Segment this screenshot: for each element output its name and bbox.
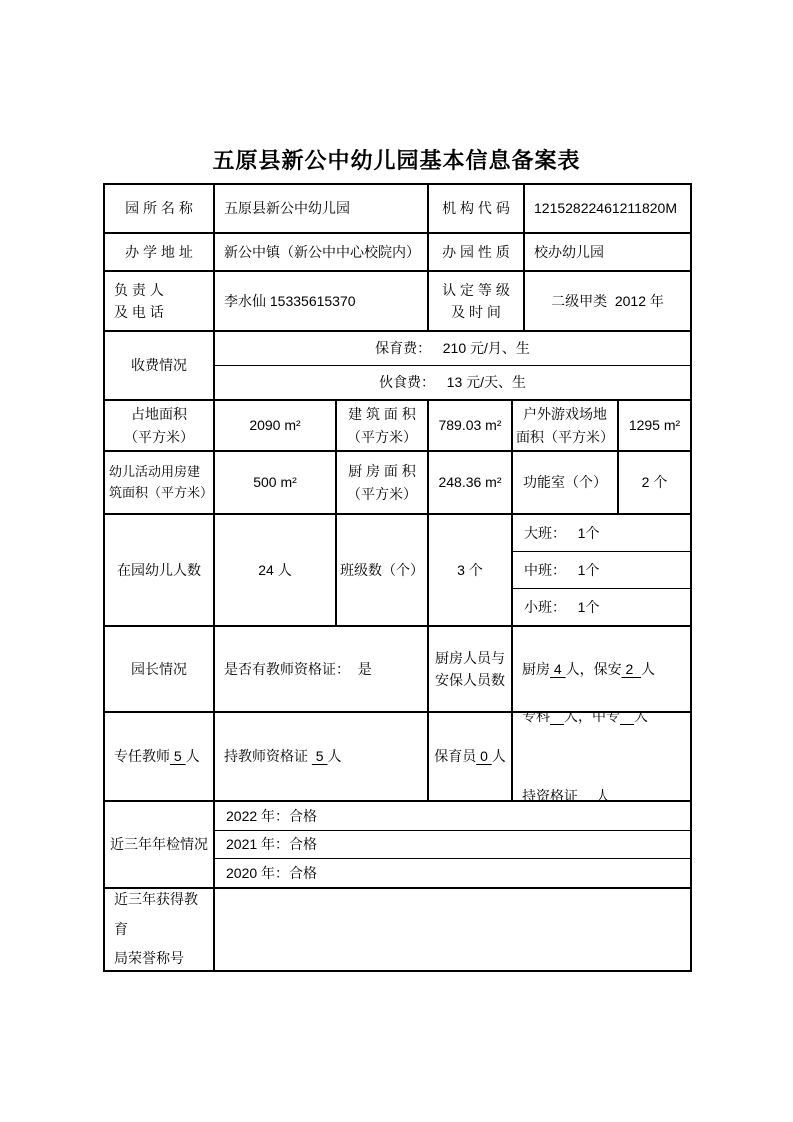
fees-values: 保育费： 210 元/月、生 伙食费： 13 元/天、生 [215, 332, 690, 399]
kitchen-area-label: 厨 房 面 积 （平方米） [337, 452, 429, 513]
org-code-label: 机 构 代 码 [429, 185, 525, 232]
inspection-item-2022: 2022 年：合格 [215, 802, 690, 831]
activity-area-value: 500 m² [215, 452, 337, 513]
nature-value: 校办幼儿园 [525, 234, 690, 270]
nursery-label: 保育员 0 人 [429, 713, 513, 800]
class-breakdown: 大班： 1个 中班： 1个 小班： 1个 [513, 515, 690, 625]
nursery-detail-certified: 持资格证 人 [522, 783, 648, 800]
inspection-item-2020: 2020 年：合格 [215, 859, 690, 887]
class-item-junior: 小班： 1个 [513, 589, 690, 625]
info-table: 园 所 名 称 五原县新公中幼儿园 机 构 代 码 12152822461211… [103, 183, 692, 972]
building-area-value: 789.03 m² [429, 401, 513, 450]
inspection-item-2021: 2021 年：合格 [215, 831, 690, 860]
row-teachers: 专任教师 5 人 本科 5 人，专科 0 人，中专 人 持教师资格证 5 人 学… [105, 713, 690, 802]
enrollment-label: 在园幼儿人数 [105, 515, 215, 625]
teachers-details: 本科 5 人，专科 0 人，中专 人 持教师资格证 5 人 学前专业毕业 0 人 [215, 713, 429, 800]
function-rooms-label: 功能室（个） [513, 452, 619, 513]
row-principal: 园长情况 学历： 本科 是否有教师资格证： 是 是否有园长任职资格培训证：是 厨… [105, 627, 690, 713]
inspection-label: 近三年年检情况 [105, 802, 215, 887]
row-fees: 收费情况 保育费： 210 元/月、生 伙食费： 13 元/天、生 [105, 332, 690, 401]
activity-area-label: 幼儿活动用房建 筑面积（平方米） [105, 452, 215, 513]
building-area-label: 建 筑 面 积 （平方米） [337, 401, 429, 450]
page-title: 五原县新公中幼儿园基本信息备案表 [0, 144, 793, 175]
contact-label: 负 责 人 及 电 话 [105, 272, 215, 330]
row-honors: 近三年获得教育 局荣誉称号 [105, 889, 690, 970]
class-item-senior: 大班： 1个 [513, 515, 690, 552]
kitchen-area-value: 248.36 m² [429, 452, 513, 513]
address-label: 办 学 地 址 [105, 234, 215, 270]
fee-item-care: 保育费： 210 元/月、生 [215, 332, 690, 366]
teachers-label: 专任教师 5 人 [105, 713, 215, 800]
inspection-values: 2022 年：合格 2021 年：合格 2020 年：合格 [215, 802, 690, 887]
address-value: 新公中镇（新公中中心校院内） [215, 234, 429, 270]
principal-label: 园长情况 [105, 627, 215, 711]
row-inspection: 近三年年检情况 2022 年：合格 2021 年：合格 2020 年：合格 [105, 802, 690, 889]
row-facility-name: 园 所 名 称 五原县新公中幼儿园 机 构 代 码 12152822461211… [105, 185, 690, 234]
row-areas-2: 幼儿活动用房建 筑面积（平方米） 500 m² 厨 房 面 积 （平方米） 24… [105, 452, 690, 515]
teacher-detail-certified: 持教师资格证 5 人 [224, 743, 417, 770]
nursery-detail-degrees: 专科 人，中专 人 [522, 713, 648, 730]
nature-label: 办 园 性 质 [429, 234, 525, 270]
grade-label: 认 定 等 级 及 时 间 [429, 272, 525, 330]
contact-value: 李水仙 15335615370 [215, 272, 429, 330]
outdoor-area-label: 户外游戏场地 面积（平方米） [513, 401, 619, 450]
row-enrollment: 在园幼儿人数 24 人 班级数（个） 3 个 大班： 1个 中班： 1个 小班：… [105, 515, 690, 627]
honors-value [215, 889, 690, 970]
staff-count-value: 厨房 4 人，保安 2 人 [513, 627, 690, 711]
outdoor-area-value: 1295 m² [619, 401, 690, 450]
honors-label: 近三年获得教育 局荣誉称号 [105, 889, 215, 970]
row-address: 办 学 地 址 新公中镇（新公中中心校院内） 办 园 性 质 校办幼儿园 [105, 234, 690, 272]
grade-value: 二级甲类 2012 年 [525, 272, 690, 330]
row-contact: 负 责 人 及 电 话 李水仙 15335615370 认 定 等 级 及 时 … [105, 272, 690, 332]
nursery-details: 专科 人，中专 人 持资格证 人 [513, 713, 690, 800]
class-count-label: 班级数（个） [337, 515, 429, 625]
fees-label: 收费情况 [105, 332, 215, 399]
org-code-value: 12152822461211820M [525, 185, 690, 232]
principal-detail-teacher-cert: 是否有教师资格证： 是 [224, 656, 420, 683]
facility-name-label: 园 所 名 称 [105, 185, 215, 232]
row-areas-1: 占地面积 （平方米） 2090 m² 建 筑 面 积 （平方米） 789.03 … [105, 401, 690, 452]
class-count-value: 3 个 [429, 515, 513, 625]
document-page: 五原县新公中幼儿园基本信息备案表 园 所 名 称 五原县新公中幼儿园 机 构 代… [0, 0, 793, 1122]
function-rooms-value: 2 个 [619, 452, 690, 513]
class-item-middle: 中班： 1个 [513, 552, 690, 589]
principal-details: 学历： 本科 是否有教师资格证： 是 是否有园长任职资格培训证：是 [215, 627, 429, 711]
enrollment-value: 24 人 [215, 515, 337, 625]
facility-name-value: 五原县新公中幼儿园 [215, 185, 429, 232]
staff-count-label: 厨房人员与 安保人员数 [429, 627, 513, 711]
land-area-label: 占地面积 （平方米） [105, 401, 215, 450]
fee-item-meal: 伙食费： 13 元/天、生 [215, 366, 690, 399]
land-area-value: 2090 m² [215, 401, 337, 450]
